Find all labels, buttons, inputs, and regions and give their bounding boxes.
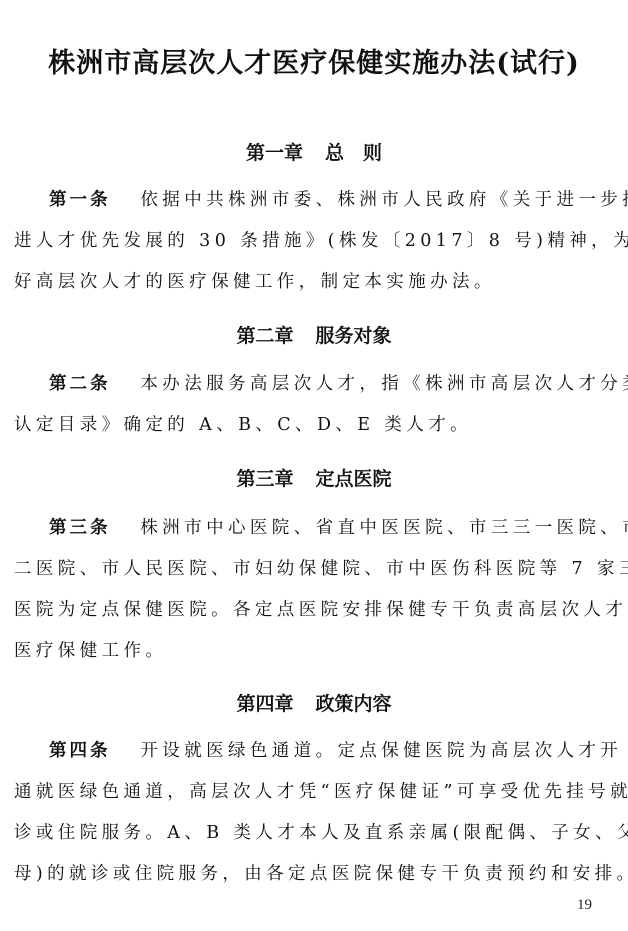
article-text-line: 诊或住院服务。A、B 类人才本人及直系亲属(限配偶、子女、父 (14, 813, 614, 854)
article-text-line: 通就医绿色通道，高层次人才凭“医疗保健证”可享受优先挂号就 (14, 772, 614, 813)
chapter-number: 第一章 (246, 142, 303, 164)
chapter-heading: 第三章定点医院 (0, 465, 628, 493)
article-text-line: 二医院、市人民医院、市妇幼保健院、市中医伤科医院等 7 家三级 (14, 549, 614, 590)
chapter-name: 政策内容 (316, 693, 392, 715)
article-paragraph: 第四条 开设就医绿色通道。定点保健医院为高层次人才开 通就医绿色通道，高层次人才… (14, 731, 614, 895)
chapter-heading: 第四章政策内容 (0, 690, 628, 718)
chapter-name: 定点医院 (316, 468, 392, 490)
chapter-number: 第二章 (236, 325, 293, 347)
chapter-heading: 第一章总 则 (0, 139, 628, 167)
article-paragraph: 第一条 依据中共株洲市委、株洲市人民政府《关于进一步推 进人才优先发展的 30 … (14, 180, 614, 303)
article-text-line: 开设就医绿色通道。定点保健医院为高层次人才开 (140, 741, 622, 761)
article-text-line: 好高层次人才的医疗保健工作，制定本实施办法。 (14, 262, 614, 303)
article-paragraph: 第二条 本办法服务高层次人才，指《株洲市高层次人才分类 认定目录》确定的 A、B… (14, 364, 614, 446)
article-label: 第二条 (49, 374, 111, 394)
chapter-name: 总 则 (325, 142, 382, 164)
chapter-name: 服务对象 (316, 325, 392, 347)
chapter-number: 第四章 (236, 693, 293, 715)
article-text-line: 株洲市中心医院、省直中医医院、市三三一医院、市 (140, 518, 628, 538)
article-label: 第一条 (49, 190, 111, 210)
article-label: 第四条 (49, 741, 111, 761)
article-text-line: 依据中共株洲市委、株洲市人民政府《关于进一步推 (140, 190, 628, 210)
article-text-line: 本办法服务高层次人才，指《株洲市高层次人才分类 (140, 374, 628, 394)
chapter-number: 第三章 (236, 468, 293, 490)
article-text-line: 进人才优先发展的 30 条措施》(株发〔2017〕8 号)精神，为切实做 (14, 221, 614, 262)
article-text-line: 母)的就诊或住院服务，由各定点医院保健专干负责预约和安排。 (14, 854, 614, 895)
article-text-line: 认定目录》确定的 A、B、C、D、E 类人才。 (14, 405, 614, 446)
article-text-line: 医疗保健工作。 (14, 631, 614, 672)
page-number: 19 (577, 897, 592, 914)
document-title: 株洲市高层次人才医疗保健实施办法(试行) (0, 44, 628, 84)
article-label: 第三条 (49, 518, 111, 538)
article-paragraph: 第三条 株洲市中心医院、省直中医医院、市三三一医院、市 二医院、市人民医院、市妇… (14, 508, 614, 672)
chapter-heading: 第二章服务对象 (0, 322, 628, 350)
article-text-line: 医院为定点保健医院。各定点医院安排保健专干负责高层次人才 (14, 590, 614, 631)
